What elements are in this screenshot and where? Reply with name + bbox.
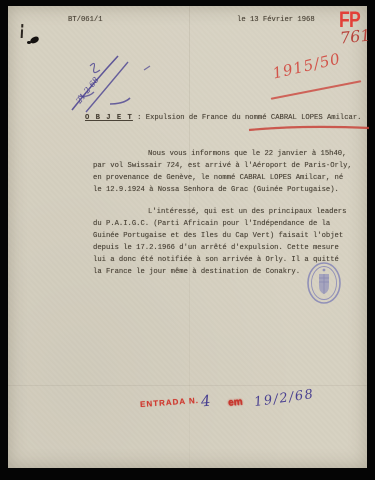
- text-line: le 12.9.1924 à Nossa Senhora de Grac (Gu…: [93, 184, 352, 196]
- horizontal-fold-line: [8, 385, 367, 386]
- text-line: par vol Swissair 724, est arrivé à l'Aér…: [93, 160, 352, 172]
- official-seal-stamp: [305, 260, 343, 306]
- subject-separator: :: [133, 114, 146, 122]
- paraph-date-text: 21-2-68: [74, 75, 101, 106]
- handwritten-paraph: 21-2-68: [66, 52, 156, 114]
- subject-line: O B J E T : Expulsion de France du nommé…: [85, 114, 361, 122]
- text-line: Guinée Portugaise et des Iles du Cap Ver…: [93, 230, 346, 242]
- red-pencil-underline: [248, 124, 370, 132]
- text-line: L'intéressé, qui est un des principaux l…: [93, 206, 346, 218]
- text-line: depuis le 17.2.1966 d'un arrêté d'expuls…: [93, 242, 346, 254]
- subject-text: Expulsion de France du nommé: [146, 114, 271, 122]
- ink-scratch: [21, 24, 23, 38]
- text-line: en provenance de Genève, le nommé CABRAL…: [93, 172, 352, 184]
- entrada-handwritten-number: 4: [200, 392, 211, 411]
- reference-number: BT/061/1: [68, 16, 103, 24]
- red-registry-number: 1915/50: [271, 49, 343, 82]
- ink-blot-tail: [27, 41, 31, 44]
- red-underline-swoosh: [271, 80, 362, 100]
- text-line: du P.A.I.G.C. (Parti Africain pour l'Ind…: [93, 218, 346, 230]
- entrada-stamp-em: em: [228, 397, 243, 409]
- paper-sheet: BT/061/1 le 13 Février 1968 FP 761 21-2-…: [8, 6, 367, 468]
- body-paragraph-1: Nous vous informons que le 22 janvier à …: [93, 148, 352, 196]
- entrada-stamp-label: ENTRADA N.: [140, 396, 200, 409]
- scanned-document: BT/061/1 le 13 Février 1968 FP 761 21-2-…: [0, 0, 375, 480]
- subject-label: O B J E T: [85, 114, 133, 122]
- document-date: le 13 Février 1968: [237, 16, 315, 24]
- text-line: Nous vous informons que le 22 janvier à …: [93, 148, 352, 160]
- handwritten-folio-number: 761: [339, 25, 371, 47]
- entrada-handwritten-date: 19/2/68: [253, 387, 315, 410]
- subject-person-name: CABRAL LOPES Amilcar.: [271, 114, 362, 122]
